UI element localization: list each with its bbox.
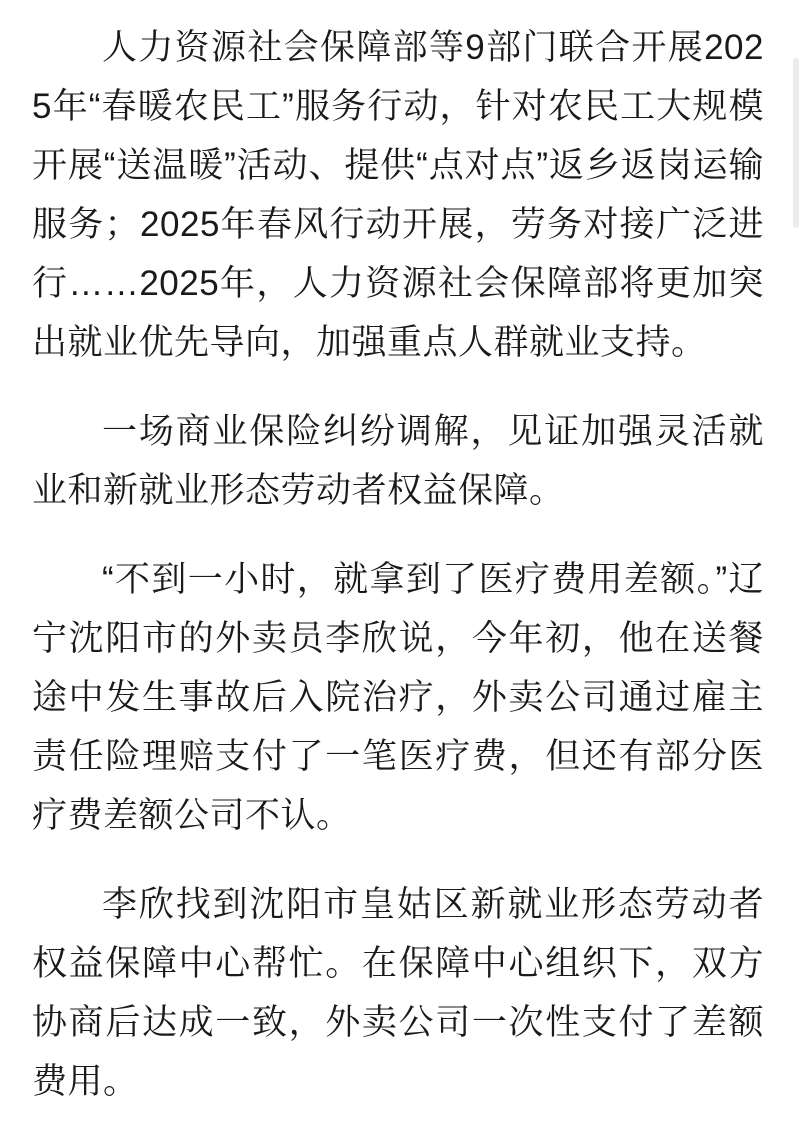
article-body: 人力资源社会保障部等9部门联合开展2025年“春暖农民工”服务行动，针对农民工大… bbox=[0, 0, 800, 1111]
article-paragraph: 一场商业保险纠纷调解，见证加强灵活就业和新就业形态劳动者权益保障。 bbox=[32, 402, 764, 520]
article-paragraph: 李欣找到沈阳市皇姑区新就业形态劳动者权益保障中心帮忙。在保障中心组织下，双方协商… bbox=[32, 875, 764, 1111]
article-paragraph: “不到一小时，就拿到了医疗费用差额。”辽宁沈阳市的外卖员李欣说，今年初，他在送餐… bbox=[32, 550, 764, 845]
article-page: { "page": { "background_color": "#ffffff… bbox=[0, 0, 800, 1148]
scrollbar-thumb[interactable] bbox=[793, 58, 799, 228]
article-paragraph: 人力资源社会保障部等9部门联合开展2025年“春暖农民工”服务行动，针对农民工大… bbox=[32, 18, 764, 372]
